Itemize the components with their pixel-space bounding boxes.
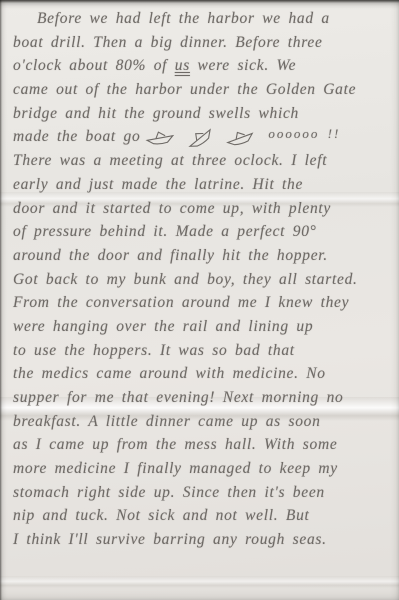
letter-line: of pressure behind it. Made a perfect 90… — [13, 220, 396, 244]
letter-line: early and just made the latrine. Hit the — [13, 173, 396, 197]
letter-line: the medics came around with medicine. No — [13, 362, 396, 386]
letter-page: Before we had left the harbor we had abo… — [0, 0, 399, 600]
letter-line: Before we had left the harbor we had a — [13, 7, 396, 31]
letter-line: were hanging over the rail and lining up — [13, 315, 396, 339]
letter-line: I think I'll survive barring any rough s… — [13, 528, 396, 552]
letter-line: to use the hoppers. It was so bad that — [13, 339, 396, 363]
scan-edge-left — [0, 0, 2, 600]
letter-line: o'clock about 80% of us were sick. We — [13, 54, 396, 78]
letter-line: There was a meeting at three oclock. I l… — [13, 149, 396, 173]
paper-crease — [0, 576, 399, 588]
letter-line: door and it started to come up, with ple… — [13, 197, 396, 221]
letter-line: boat drill. Then a big dinner. Before th… — [13, 31, 396, 55]
underlined-word: us — [175, 57, 190, 74]
letter-lines: Before we had left the harbor we had abo… — [13, 7, 396, 552]
letter-line: nip and tuck. Not sick and not well. But — [13, 504, 396, 528]
letter-line: Got back to my bunk and boy, they all st… — [13, 268, 396, 292]
letter-line: From the conversation around me I knew t… — [13, 291, 396, 315]
letter-line: as I came up from the mess hall. With so… — [13, 433, 396, 457]
letter-line: more medicine I finally managed to keep … — [13, 457, 396, 481]
letter-line-text: made the boat go — [13, 128, 140, 145]
boat-sketch-icon — [145, 128, 177, 147]
letter-line: around the door and finally hit the hopp… — [13, 244, 396, 268]
letter-line: came out of the harbor under the Golden … — [13, 78, 396, 102]
boat-sketch-icon — [224, 126, 257, 150]
wave-exclamation-text: oooooo !! — [268, 126, 340, 141]
scan-edge-top — [0, 0, 399, 3]
letter-line: supper for me that evening! Next morning… — [13, 386, 396, 410]
letter-line: made the boat gooooooo !! — [13, 125, 396, 149]
letter-line: breakfast. A little dinner came up as so… — [13, 410, 396, 434]
letter-line: bridge and hit the ground swells which — [13, 102, 396, 126]
letter-line: stomach right side up. Since then it's b… — [13, 481, 396, 505]
